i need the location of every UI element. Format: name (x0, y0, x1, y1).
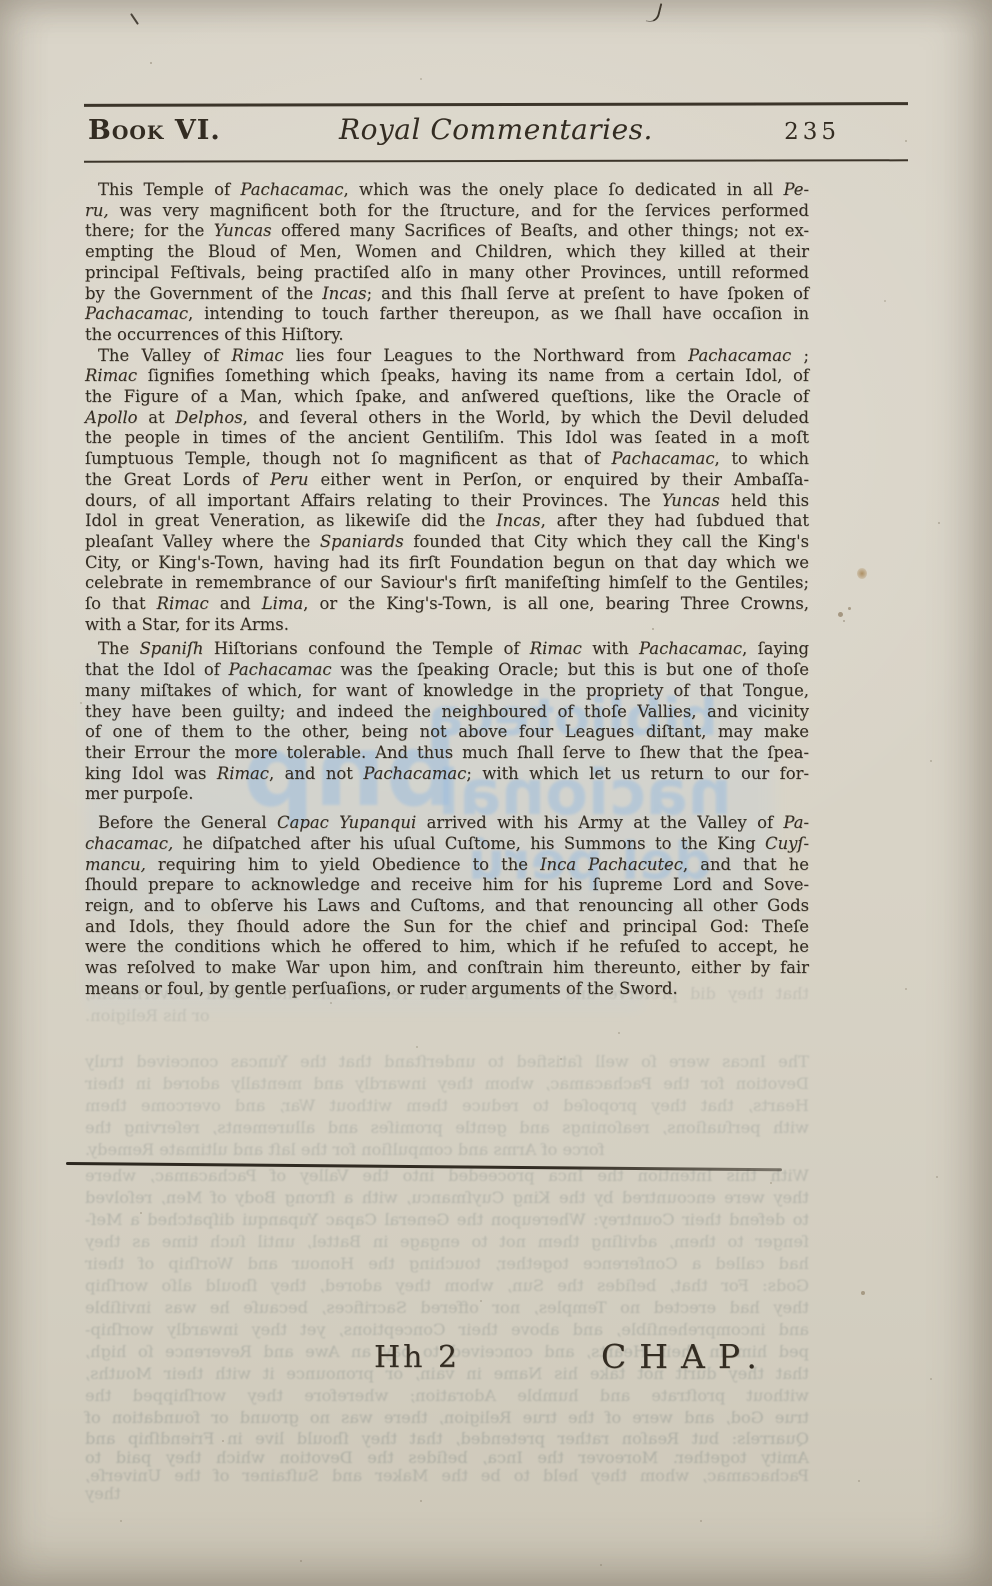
roman-text: , or the King's-Town, is all one, bearin… (303, 594, 809, 613)
roman-text: king Idol was (85, 764, 217, 783)
roman-text: mer purpoſe. (85, 784, 194, 803)
paper-stain (838, 612, 843, 617)
ink-mark (646, 1, 663, 24)
text-line: empting the Bloud of Men, Women and Chil… (85, 242, 809, 263)
roman-text: ; (791, 346, 809, 365)
roman-text: their Errour the more tolerable. And thu… (85, 743, 809, 762)
italic-text: Apollo (85, 408, 138, 427)
italic-text: chacamac, (85, 834, 173, 853)
italic-text: Pachacamac (85, 304, 188, 323)
text-line: Idol in great Veneration, as likewiſe di… (85, 511, 809, 532)
roman-text: , and ſeveral others in the World, by wh… (243, 408, 809, 427)
text-line: Rimac ſignifies ſomething which ſpeaks, … (85, 366, 809, 387)
paragraph: The Valley of Rimac lies four Leagues to… (85, 346, 809, 636)
roman-text: Idol in great Veneration, as likewiſe di… (85, 511, 496, 530)
bleedthrough-line: Pachacamac, whom they held to be the Mak… (85, 1466, 809, 1485)
italic-text: Rimac (530, 639, 582, 658)
roman-text: was very magnificent both for the ſtruct… (109, 201, 809, 220)
roman-text: was reſolved to make War upon him, and c… (85, 958, 809, 977)
text-line: king Idol was Rimac, and not Pachacamac;… (85, 764, 809, 785)
roman-text: arrived with his Army at the Valley of (416, 813, 783, 832)
roman-text: the people in times of the ancient Genti… (85, 428, 809, 447)
italic-text: Pachacamac (363, 764, 466, 783)
roman-text: empting the Bloud of Men, Women and Chil… (85, 242, 809, 261)
text-line: means or foul, by gentle perſuaſions, or… (85, 979, 809, 1000)
roman-text: , ſaying (742, 639, 809, 658)
text-line: ſumptuous Temple, though not ſo magnific… (85, 449, 809, 470)
text-line: that the Idol of Pachacamac was the ſpea… (85, 660, 809, 681)
roman-text: , to which (715, 449, 809, 468)
roman-text: he diſpatched after his uſual Cuſtome, h… (173, 834, 765, 853)
paragraph: This Temple of Pachacamac, which was the… (85, 180, 809, 346)
italic-text: Peru (270, 470, 308, 489)
roman-text: , and not (269, 764, 363, 783)
text-line: dours, of all important Affairs relating… (85, 491, 809, 512)
text-line: many miſtakes of which, for want of know… (85, 681, 809, 702)
roman-text: and (209, 594, 262, 613)
bleedthrough-line: to defend their Countrey: Whereupon the … (85, 1210, 809, 1229)
italic-text: Pachacamac (639, 639, 742, 658)
bleedthrough-line: Quarrels: but Reaſon rather pretended, t… (85, 1429, 809, 1448)
italic-text: Spaniards (320, 532, 404, 551)
roman-text: the Figure of a Man, which ſpake, and an… (85, 387, 809, 406)
roman-text: was the ſpeaking Oracle; but this is but… (332, 660, 809, 679)
roman-text: ſhould prepare to acknowledge and receiv… (85, 875, 809, 894)
italic-text: Pe- (783, 180, 809, 199)
text-line: they have been guilty; and indeed the ne… (85, 702, 809, 723)
text-line: Apollo at Delphos, and ſeveral others in… (85, 408, 809, 429)
text-line: their Errour the more tolerable. And thu… (85, 743, 809, 764)
paper-stain (857, 568, 867, 579)
italic-text: Delphos (175, 408, 242, 427)
roman-text: ſignifies ſomething which ſpeaks, having… (137, 366, 809, 385)
text-line: of one of them to the other, being not a… (85, 722, 809, 743)
bleedthrough-line: Devotion for the Pachacamac, whom they i… (85, 1074, 809, 1093)
text-line: principal Feſtivals, being practiſed alſ… (85, 263, 809, 284)
bleedthrough-line: true God, and were of the true Religion,… (85, 1408, 809, 1427)
roman-text: the Great Lords of (85, 470, 270, 489)
roman-text: Before the General (98, 813, 277, 832)
bleedthrough-line: they were encountred by the King Cuyſman… (85, 1188, 809, 1207)
italic-text: Pachacamac (240, 180, 343, 199)
italic-text: Rimac (85, 366, 137, 385)
italic-text: Rimac (232, 346, 284, 365)
italic-text: Rimac (157, 594, 209, 613)
text-line: reign, and to obſerve his Laws and Cuſto… (85, 896, 809, 917)
italic-text: Pachacamac (611, 449, 714, 468)
signature-mark: Hh 2 (374, 1340, 460, 1375)
bleedthrough-line: ſenger to them, adviſing them not to eng… (85, 1232, 809, 1251)
bleedthrough-line: they (85, 1484, 809, 1503)
bleedthrough-line: The Incas were ſo well ſatisfied to unde… (85, 1052, 809, 1071)
text-line: mer purpoſe. (85, 784, 809, 805)
bleedthrough-line: Gods: For that, beſides the Sun, whom th… (85, 1276, 809, 1295)
italic-text: Incas (496, 511, 540, 530)
roman-text: pleaſant Valley where the (85, 532, 320, 551)
bleedthrough-line: Hearts, that they propoſed to reduce the… (85, 1096, 809, 1115)
italic-text: Pachacamac (688, 346, 791, 365)
roman-text: , after they had ſubdued that (541, 511, 809, 530)
italic-text: Cuyſ- (765, 834, 809, 853)
catchword: CHAP. (601, 1337, 770, 1376)
text-line: the Great Lords of Peru either went in P… (85, 470, 809, 491)
roman-text: ; with which let us return to our for- (466, 764, 809, 783)
text-line: ſhould prepare to acknowledge and receiv… (85, 875, 809, 896)
italic-text: Capac Yupanqui (277, 813, 416, 832)
text-line: This Temple of Pachacamac, which was the… (85, 180, 809, 201)
bleedthrough-line: without proſtrate and humble Adoration; … (85, 1386, 809, 1405)
roman-text: at (138, 408, 176, 427)
text-line: there; for the Yuncas offered many Sacri… (85, 221, 809, 242)
italic-text: Lima (262, 594, 303, 613)
text-line: the Figure of a Man, which ſpake, and an… (85, 387, 809, 408)
roman-text: Hiſtorians confound the Temple of (203, 639, 529, 658)
roman-text: by the Government of the (85, 284, 322, 303)
roman-text: The (98, 639, 140, 658)
italic-text: Inca Pachacutec (540, 855, 683, 874)
italic-text: Pa- (783, 813, 809, 832)
roman-text: ſumptuous Temple, though not ſo magnific… (85, 449, 611, 468)
text-line: The Spaniſh Hiſtorians confound the Temp… (85, 639, 809, 660)
roman-text: the occurrences of this Hiſtory. (85, 325, 344, 344)
roman-text: ; and this ſhall ſerve at preſent to hav… (367, 284, 809, 303)
roman-text: offered many Sacrifices of Beaſts, and o… (272, 221, 809, 240)
roman-text: ſo that (85, 594, 157, 613)
roman-text: , which was the onely place ſo dedicated… (344, 180, 784, 199)
roman-text: with a Star, for its Arms. (85, 615, 289, 634)
roman-text: celebrate in remembrance of our Saviour'… (85, 573, 809, 592)
roman-text: were the conditions which he offered to … (85, 937, 809, 956)
text-line: ſo that Rimac and Lima, or the King's-To… (85, 594, 809, 615)
text-line: was reſolved to make War upon him, and c… (85, 958, 809, 979)
stray-ink-line (66, 1162, 782, 1171)
roman-text: and Idols, they ſhould adore the Sun for… (85, 917, 809, 936)
text-line: pleaſant Valley where the Spaniards foun… (85, 532, 809, 553)
paragraph: Before the General Capac Yupanqui arrive… (85, 813, 809, 999)
roman-text: reign, and to obſerve his Laws and Cuſto… (85, 896, 809, 915)
ink-mark (130, 13, 139, 25)
text-line: and Idols, they ſhould adore the Sun for… (85, 917, 809, 938)
text-line: the people in times of the ancient Genti… (85, 428, 809, 449)
body-text: This Temple of Pachacamac, which was the… (85, 180, 809, 999)
italic-text: Spaniſh (140, 639, 204, 658)
text-line: The Valley of Rimac lies four Leagues to… (85, 346, 809, 367)
text-line: with a Star, for its Arms. (85, 615, 809, 636)
bleedthrough-line: or his Religion. (85, 1006, 809, 1025)
roman-text: there; for the (85, 221, 214, 240)
roman-text: that the Idol of (85, 660, 229, 679)
bleedthrough-line: Amity together. Moreover the Inca, beſid… (85, 1448, 809, 1467)
paper-speckles (0, 0, 2, 2)
header-top-rule (84, 102, 908, 107)
header-bottom-rule (84, 159, 908, 162)
roman-text: This Temple of (98, 180, 240, 199)
bleedthrough-line: force of Arms and compulſion for the laſ… (85, 1140, 809, 1159)
text-line: City, or King's-Town, having had its fir… (85, 553, 809, 574)
roman-text: lies four Leagues to the Northward from (284, 346, 689, 365)
roman-text: many miſtakes of which, for want of know… (85, 681, 809, 700)
roman-text: founded that City which they call the Ki… (404, 532, 809, 551)
text-line: chacamac, he diſpatched after his uſual … (85, 834, 809, 855)
roman-text: , and that he (683, 855, 809, 874)
book-page-scan: bnpbibliotecanacionaldel perú that they … (0, 0, 992, 1586)
text-line: the occurrences of this Hiſtory. (85, 325, 809, 346)
roman-text: The Valley of (98, 346, 232, 365)
italic-text: Rimac (217, 764, 269, 783)
italic-text: mancu, (85, 855, 146, 874)
text-line: mancu, requiring him to yield Obedience … (85, 855, 809, 876)
roman-text: of one of them to the other, being not a… (85, 722, 809, 741)
italic-text: Pachacamac (229, 660, 332, 679)
roman-text: principal Feſtivals, being practiſed alſ… (85, 263, 809, 282)
bleedthrough-line: they had erected no Temples, nor offered… (85, 1298, 809, 1317)
page-header: Book VI. Royal Commentaries. 235 (84, 113, 908, 159)
bleedthrough-line: had called a Conference together, touchi… (85, 1254, 809, 1273)
roman-text: held this (720, 491, 809, 510)
text-line: Pachacamac, intending to touch farther t… (85, 304, 809, 325)
text-line: Before the General Capac Yupanqui arrive… (85, 813, 809, 834)
roman-text: City, or King's-Town, having had its fir… (85, 553, 809, 572)
roman-text: means or foul, by gentle perſuaſions, or… (85, 979, 678, 998)
italic-text: Yuncas (662, 491, 720, 510)
roman-text: they have been guilty; and indeed the ne… (85, 702, 809, 721)
roman-text: , intending to touch farther thereupon, … (188, 304, 809, 323)
italic-text: Yuncas (214, 221, 272, 240)
italic-text: ru, (85, 201, 109, 220)
text-line: ru, was very magnificent both for the ſt… (85, 201, 809, 222)
page-number: 235 (784, 119, 840, 145)
paragraph: The Spaniſh Hiſtorians confound the Temp… (85, 639, 809, 805)
roman-text: dours, of all important Affairs relating… (85, 491, 662, 510)
text-line: celebrate in remembrance of our Saviour'… (85, 573, 809, 594)
roman-text: either went in Perſon, or enquired by th… (309, 470, 810, 489)
text-line: by the Government of the Incas; and this… (85, 284, 809, 305)
bleedthrough-line: with perſuaſions, reaſonings and gentle … (85, 1118, 809, 1137)
roman-text: requiring him to yield Obedience to the (146, 855, 540, 874)
text-line: were the conditions which he offered to … (85, 937, 809, 958)
roman-text: with (582, 639, 639, 658)
italic-text: Incas (322, 284, 366, 303)
